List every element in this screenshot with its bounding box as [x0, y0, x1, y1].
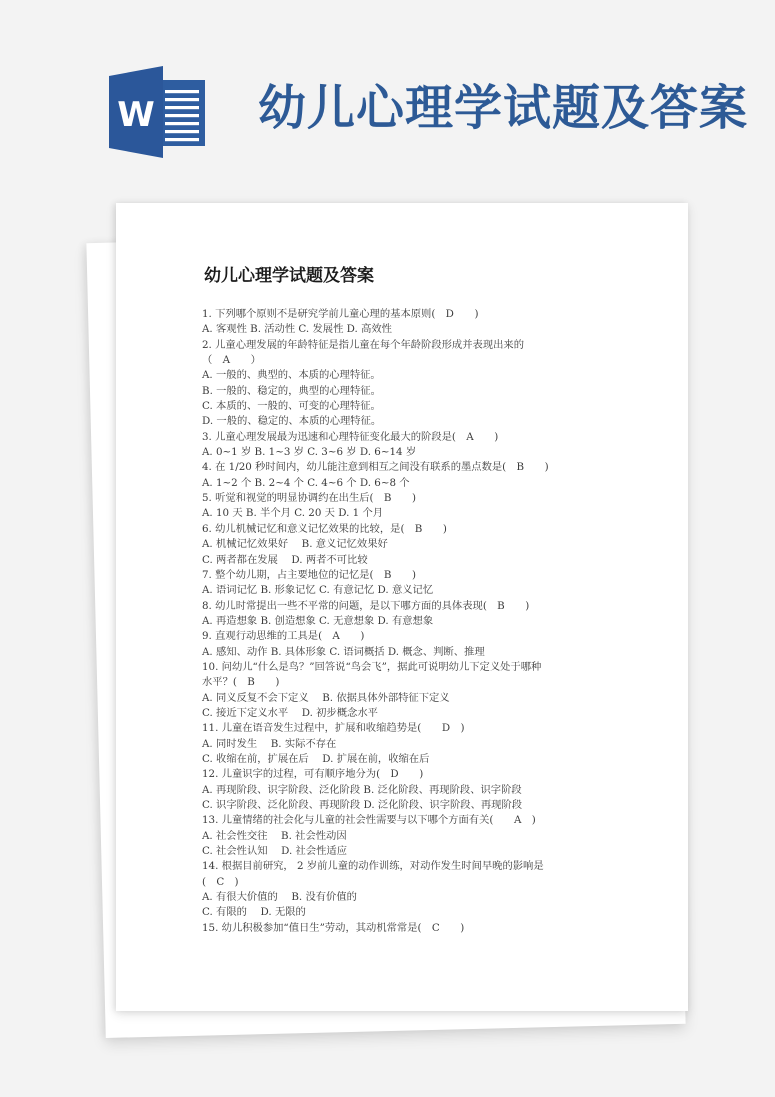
document-line: B. 一般的、稳定的，典型的心理特征。	[202, 384, 622, 399]
document-line: 6. 幼儿机械记忆和意义记忆效果的比较，是( B )	[202, 522, 622, 537]
document-line: 3. 儿童心理发展最为迅速和心理特征变化最大的阶段是( A )	[202, 430, 622, 445]
document-line: 7. 整个幼儿期，占主要地位的记忆是( B )	[202, 568, 622, 583]
svg-text:W: W	[117, 95, 155, 135]
document-line: 9. 直观行动思维的工具是( A )	[202, 629, 622, 644]
document-line: 5. 听觉和视觉的明显协调约在出生后( B )	[202, 491, 622, 506]
document-line: A. 有很大价值的 B. 没有价值的	[202, 890, 622, 905]
document-line: A. 社会性交往 B. 社会性动因	[202, 829, 622, 844]
document-line: 12. 儿童识字的过程，可有顺序地分为( D )	[202, 767, 622, 782]
document-line: C. 识字阶段、泛化阶段、再现阶段 D. 泛化阶段、识字阶段、再现阶段	[202, 798, 622, 813]
document-line: 2. 儿童心理发展的年龄特征是指儿童在每个年龄阶段形成并表现出来的	[202, 338, 622, 353]
document-line: A. 语词记忆 B. 形象记忆 C. 有意记忆 D. 意义记忆	[202, 583, 622, 598]
document-line: C. 两者都在发展 D. 两者不可比较	[202, 553, 622, 568]
document-line: （ A ）	[202, 353, 622, 368]
document-line: 13. 儿童情绪的社会化与儿童的社会性需要与以下哪个方面有关( A )	[202, 813, 622, 828]
document-line: ( C )	[202, 875, 622, 890]
document-line: A. 客观性 B. 活动性 C. 发展性 D. 高效性	[202, 322, 622, 337]
document-page: 幼儿心理学试题及答案 1. 下列哪个原则不是研究学前儿童心理的基本原则( D )…	[116, 203, 688, 1011]
document-line: A. 机械记忆效果好 B. 意义记忆效果好	[202, 537, 622, 552]
word-document-icon: W	[107, 66, 207, 158]
document-line: C. 接近下定义水平 D. 初步概念水平	[202, 706, 622, 721]
document-line: A. 同时发生 B. 实际不存在	[202, 737, 622, 752]
document-line: D. 一般的、稳定的、本质的心理特征。	[202, 414, 622, 429]
banner-title: 幼儿心理学试题及答案	[258, 76, 748, 140]
document-line: C. 收缩在前，扩展在后 D. 扩展在前，收缩在后	[202, 752, 622, 767]
document-line: 15. 幼儿积极参加“值日生”劳动，其动机常常是( C )	[202, 921, 622, 936]
document-line: A. 一般的、典型的、本质的心理特征。	[202, 368, 622, 383]
banner: W 幼儿心理学试题及答案	[0, 0, 775, 200]
document-line: A. 0~1 岁 B. 1~3 岁 C. 3~6 岁 D. 6~14 岁	[202, 445, 622, 460]
document-line: C. 本质的、一般的、可变的心理特征。	[202, 399, 622, 414]
document-line: A. 感知、动作 B. 具体形象 C. 语词概括 D. 概念、判断、推理	[202, 645, 622, 660]
document-line: A. 同义反复不会下定义 B. 依据具体外部特征下定义	[202, 691, 622, 706]
document-body: 1. 下列哪个原则不是研究学前儿童心理的基本原则( D )A. 客观性 B. 活…	[202, 307, 622, 936]
document-line: C. 社会性认知 D. 社会性适应	[202, 844, 622, 859]
document-line: 11. 儿童在语音发生过程中，扩展和收缩趋势是( D )	[202, 721, 622, 736]
document-line: A. 1~2 个 B. 2~4 个 C. 4~6 个 D. 6~8 个	[202, 476, 622, 491]
document-line: A. 10 天 B. 半个月 C. 20 天 D. 1 个月	[202, 506, 622, 521]
document-line: 8. 幼儿时常提出一些不平常的问题，是以下哪方面的具体表现( B )	[202, 599, 622, 614]
document-title: 幼儿心理学试题及答案	[204, 261, 374, 286]
document-line: 4. 在 1/20 秒时间内，幼儿能注意到相互之间没有联系的墨点数是( B )	[202, 460, 622, 475]
document-line: 10. 问幼儿“什么是鸟？”回答说“鸟会飞”，据此可说明幼儿下定义处于哪种	[202, 660, 622, 675]
document-line: 1. 下列哪个原则不是研究学前儿童心理的基本原则( D )	[202, 307, 622, 322]
document-line: C. 有限的 D. 无限的	[202, 905, 622, 920]
document-line: 水平？( B )	[202, 675, 622, 690]
document-line: A. 再造想象 B. 创造想象 C. 无意想象 D. 有意想象	[202, 614, 622, 629]
document-line: 14. 根据目前研究， 2 岁前儿童的动作训练，对动作发生时间早晚的影响是	[202, 859, 622, 874]
document-line: A. 再现阶段、识字阶段、泛化阶段 B. 泛化阶段、再现阶段、识字阶段	[202, 783, 622, 798]
